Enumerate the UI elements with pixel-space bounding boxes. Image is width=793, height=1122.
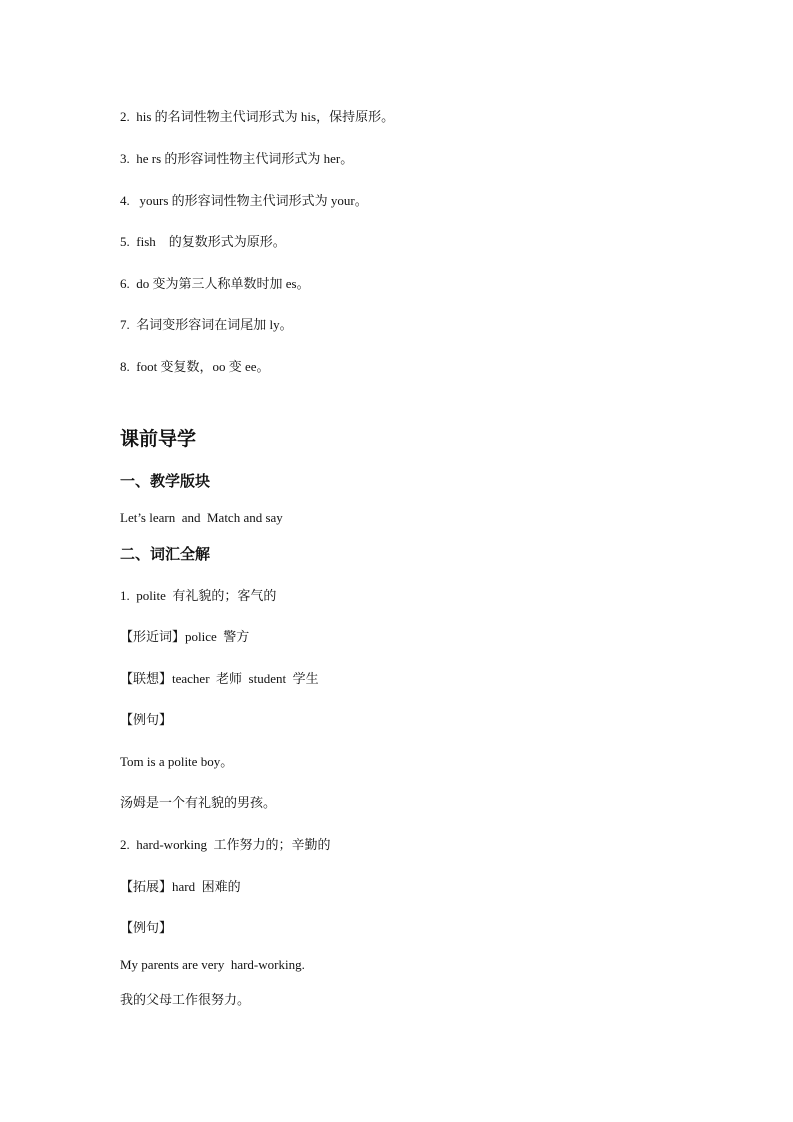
vocab-extension: 【拓展】hard 困难的	[120, 879, 241, 895]
example-sentence: Tom is a polite boy。	[120, 754, 233, 770]
rule-item-8: 8. foot 变复数，oo 变 ee。	[120, 359, 269, 375]
example-label: 【例句】	[120, 920, 172, 936]
section-title: 课前导学	[120, 428, 196, 450]
example-label: 【例句】	[120, 712, 172, 728]
vocab-entry: 2. hard-working 工作努力的；辛勤的	[120, 837, 331, 853]
part2-heading: 二、词汇全解	[120, 545, 210, 563]
rule-item-6: 6. do 变为第三人称单数时加 es。	[120, 276, 310, 292]
vocab-entry: 1. polite 有礼貌的；客气的	[120, 588, 276, 604]
rule-item-4: 4. yours 的形容词性物主代词形式为 your。	[120, 193, 368, 209]
rule-item-3: 3. he rs 的形容词性物主代词形式为 her。	[120, 151, 353, 167]
rule-item-5: 5. fish 的复数形式为原形。	[120, 234, 286, 250]
example-sentence: My parents are very hard-working.	[120, 957, 305, 973]
example-translation: 我的父母工作很努力。	[120, 992, 250, 1008]
example-translation: 汤姆是一个有礼貌的男孩。	[120, 795, 276, 811]
rule-item-7: 7. 名词变形容词在词尾加 ly。	[120, 317, 293, 333]
vocab-association: 【联想】teacher 老师 student 学生	[120, 671, 319, 687]
part1-text: Let’s learn and Match and say	[120, 510, 283, 526]
part1-heading: 一、教学版块	[120, 472, 210, 490]
vocab-similar-word: 【形近词】police 警方	[120, 629, 249, 645]
rule-item-2: 2. his 的名词性物主代词形式为 his，保持原形。	[120, 109, 394, 125]
